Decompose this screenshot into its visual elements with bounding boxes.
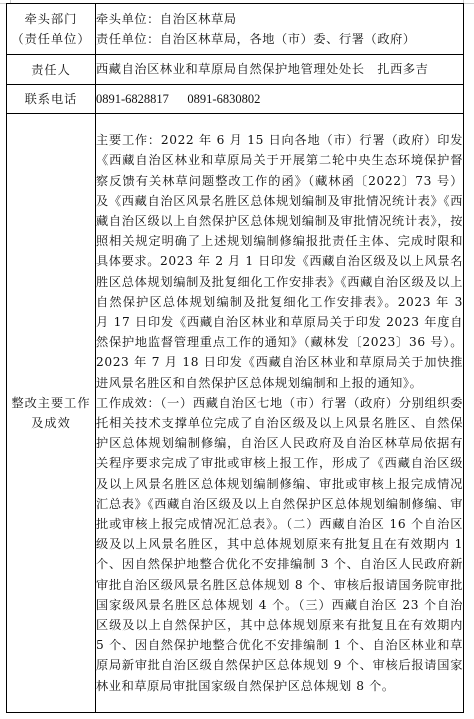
responsible-person-value: 西藏自治区林业和草原局自然保护地管理处处长 扎西多吉 — [96, 55, 464, 85]
contact-phone-values: 0891-6828817 0891-6830802 — [96, 85, 464, 114]
table-row-main-work: 整改主要工作 及成效 主要工作：2022 年 6 月 15 日向各地（市）行署（… — [7, 114, 464, 713]
phone-number: 0891-6830802 — [187, 92, 260, 106]
label-line: 整改主要工作 — [7, 393, 95, 413]
responsible-units: 责任单位：自治区林草局，各地（市）委、行署（政府） — [96, 29, 463, 49]
table-row-responsible-person: 责任人 西藏自治区林业和草原局自然保护地管理处处长 扎西多吉 — [7, 55, 464, 85]
label-line: （责任单位） — [7, 29, 95, 49]
label-lead-department: 牵头部门 （责任单位） — [7, 4, 96, 55]
label-line: 及成效 — [7, 413, 95, 433]
rectification-info-table: 牵头部门 （责任单位） 牵头单位：自治区林草局 责任单位：自治区林草局，各地（市… — [6, 3, 464, 713]
label-contact-phone: 联系电话 — [7, 85, 96, 114]
label-main-work: 整改主要工作 及成效 — [7, 114, 96, 713]
work-results-paragraph: 工作成效：（一）西藏自治区七地（市）行署（政府）分别组织委托相关技术支撑单位完成… — [96, 393, 463, 696]
main-work-paragraph: 主要工作：2022 年 6 月 15 日向各地（市）行署（政府）印发《西藏自治区… — [96, 130, 463, 393]
phone-number: 0891-6828817 — [96, 92, 169, 106]
table-row-lead-department: 牵头部门 （责任单位） 牵头单位：自治区林草局 责任单位：自治区林草局，各地（市… — [7, 4, 464, 55]
label-responsible-person: 责任人 — [7, 55, 96, 85]
lead-unit: 牵头单位：自治区林草局 — [96, 9, 463, 29]
main-work-content: 主要工作：2022 年 6 月 15 日向各地（市）行署（政府）印发《西藏自治区… — [96, 114, 464, 713]
table-row-contact-phone: 联系电话 0891-6828817 0891-6830802 — [7, 85, 464, 114]
page-corner-mark-right — [463, 0, 474, 4]
label-line: 牵头部门 — [7, 9, 95, 29]
lead-department-content: 牵头单位：自治区林草局 责任单位：自治区林草局，各地（市）委、行署（政府） — [96, 4, 464, 55]
